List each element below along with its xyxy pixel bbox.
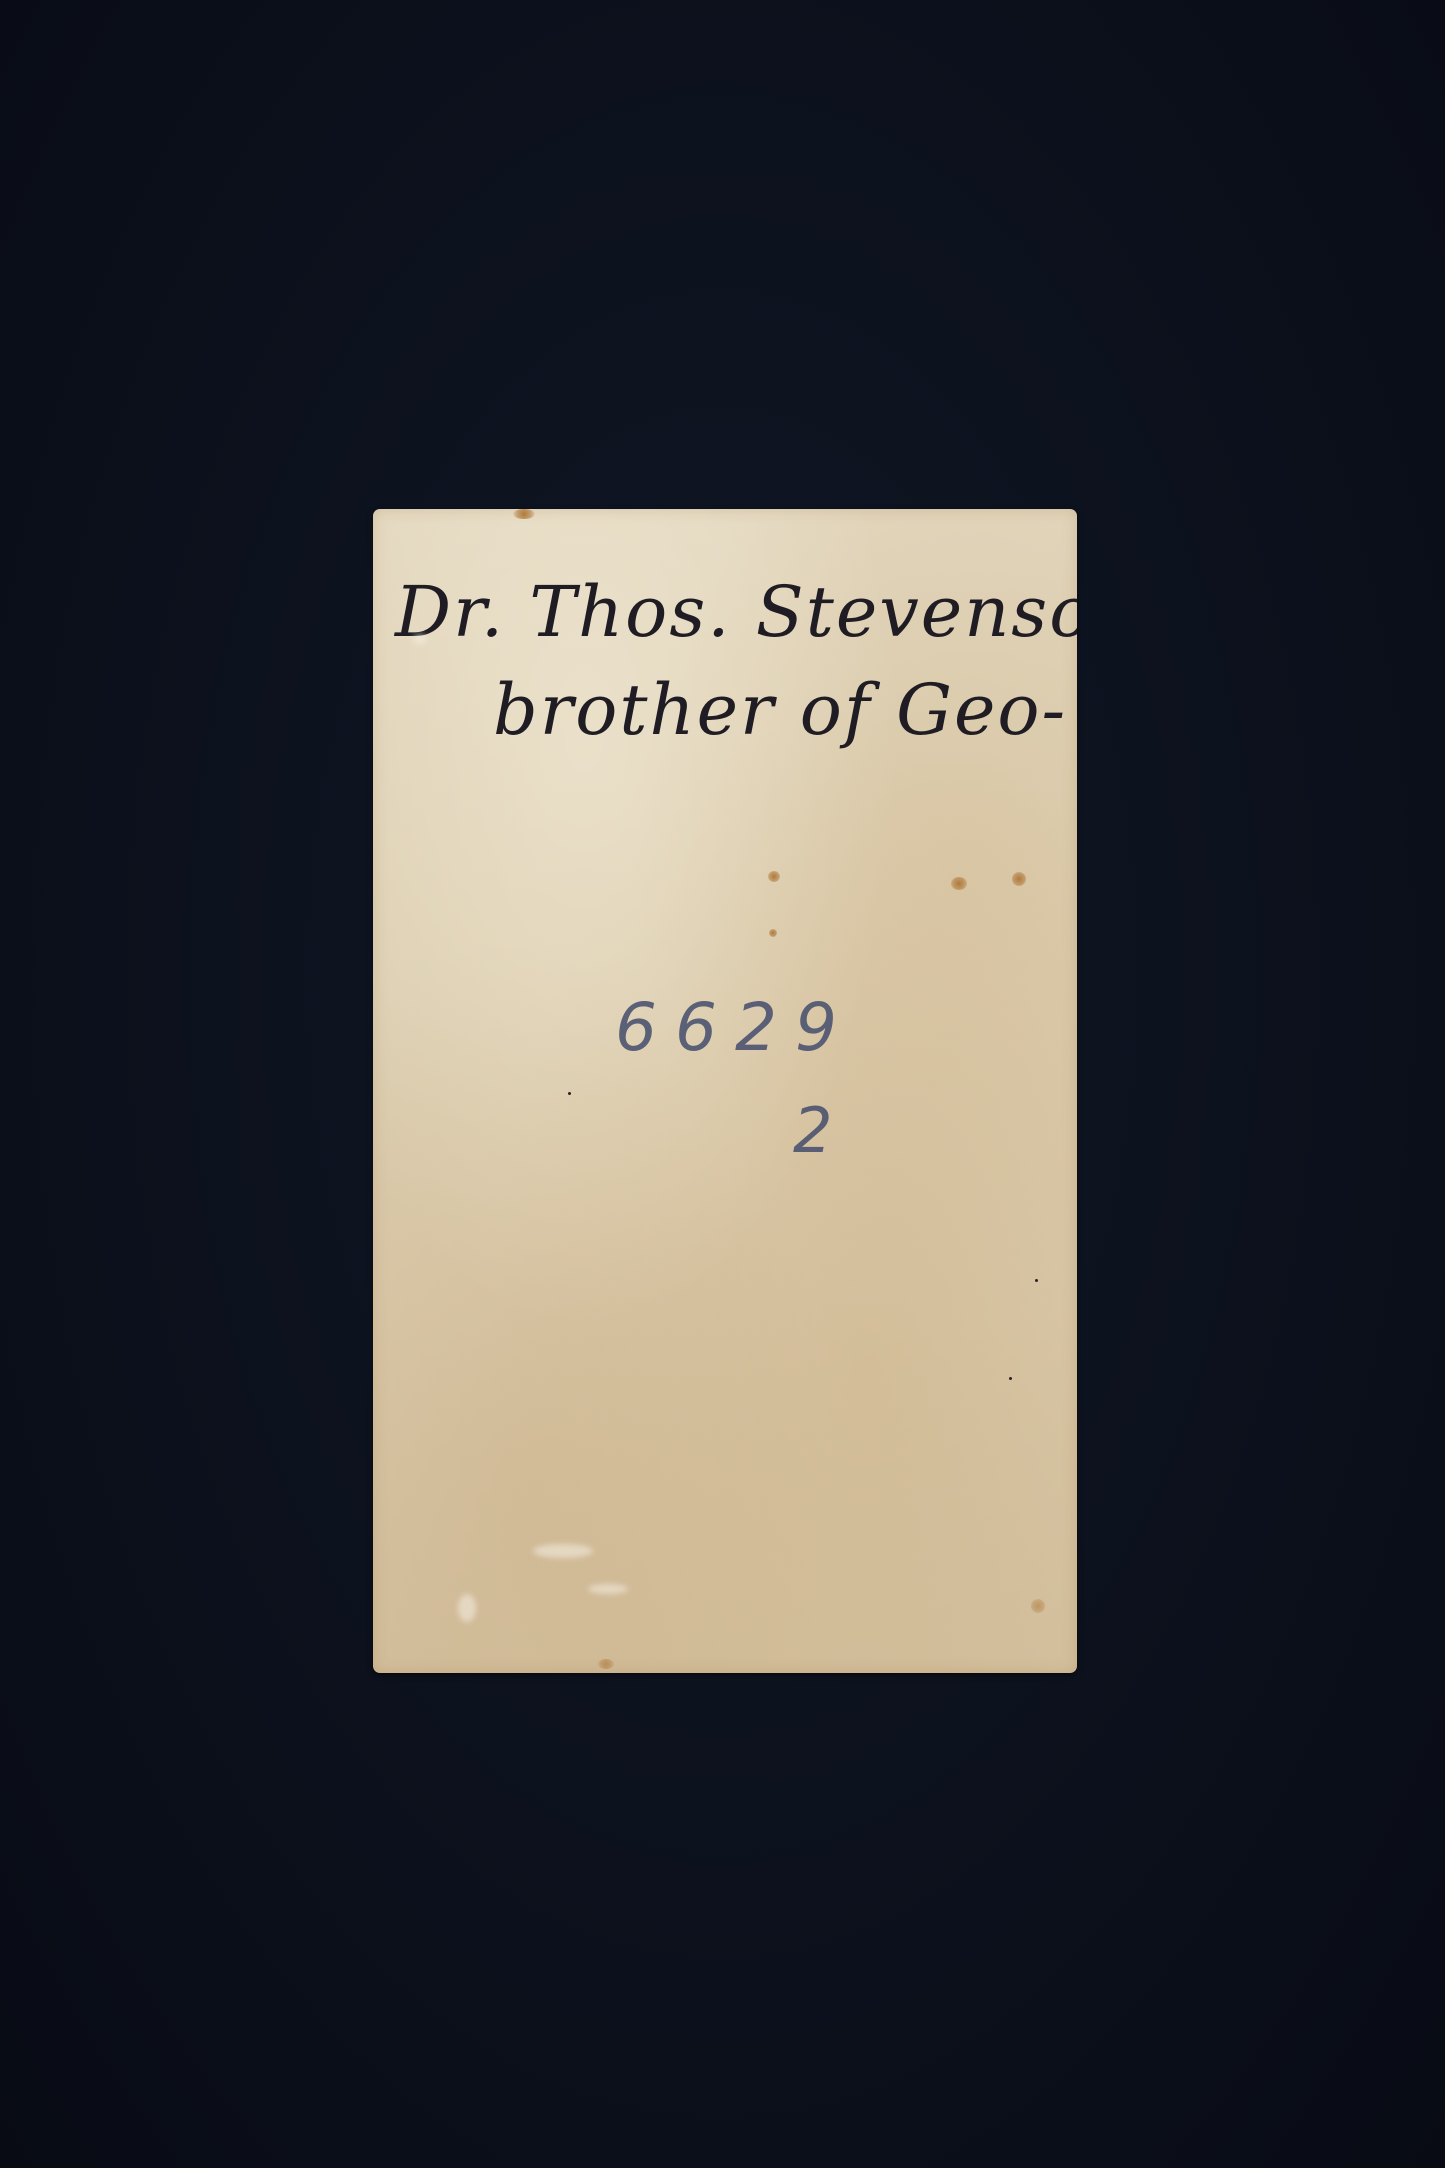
speck (1035, 1279, 1038, 1282)
foxing-spot (598, 1659, 614, 1669)
foxing-spot (769, 929, 777, 937)
surface-scuff (588, 1584, 628, 1594)
surface-scuff (413, 634, 427, 644)
foxing-spot (951, 877, 967, 890)
archival-card-back: Dr. Thos. Stevenson brother of Geo- 6629… (373, 509, 1077, 1673)
surface-scuff (533, 1544, 593, 1558)
speck (568, 1092, 571, 1095)
speck (1009, 1377, 1012, 1380)
inscription-line-1: Dr. Thos. Stevenson (395, 571, 1055, 653)
foxing-spot (513, 509, 535, 519)
foxing-spot (768, 871, 780, 882)
inscription-line-2: brother of Geo- (493, 669, 973, 751)
catalog-number: 6629 (615, 989, 855, 1066)
foxing-spot (1012, 872, 1026, 886)
sub-number: 2 (793, 1094, 832, 1167)
foxing-spot (1031, 1599, 1045, 1613)
surface-scuff (458, 1594, 476, 1622)
